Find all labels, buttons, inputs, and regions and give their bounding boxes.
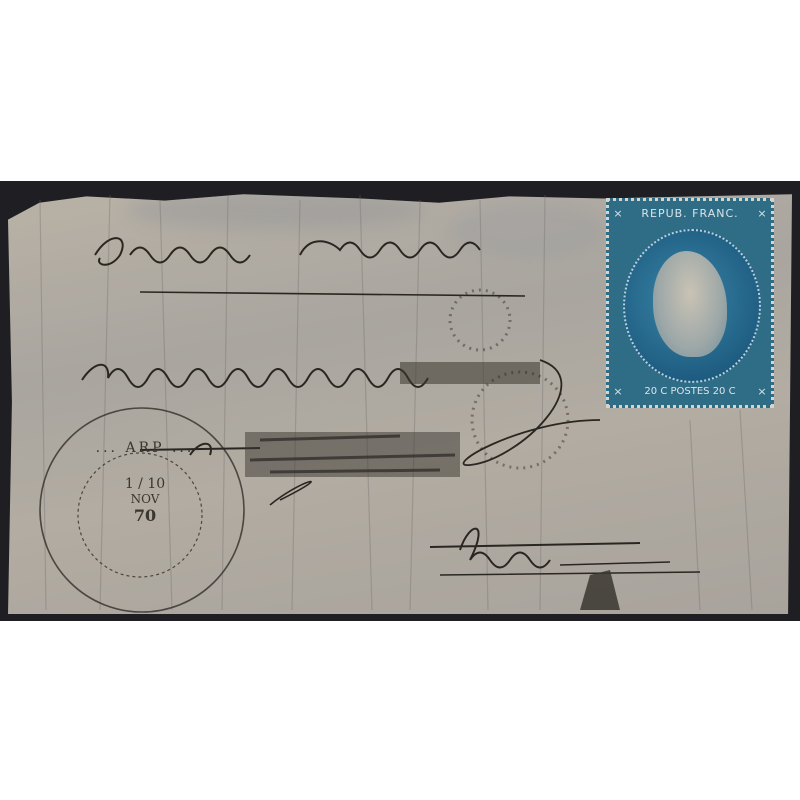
paper-stain — [448, 200, 608, 260]
stamp-bottom-text: 20 C POSTES 20 C — [625, 383, 755, 401]
stamp-corner-icon: × — [755, 385, 769, 399]
stamp-corner-icon: × — [755, 207, 769, 221]
stamp-corner-icon: × — [611, 385, 625, 399]
stamp-medallion — [623, 229, 761, 383]
postmark-text: ... ARP ... 1 / 10 NOV 70 — [70, 440, 220, 525]
stamp-corner-icon: × — [611, 207, 625, 221]
postmark-date: 1 / 10 — [70, 476, 220, 492]
postmark-ring-text: ... ARP ... — [70, 440, 220, 456]
stamp-top-text: REPUB. FRANC. — [625, 205, 755, 223]
postmark-month: NOV — [70, 492, 220, 506]
postage-stamp: × × × × REPUB. FRANC. 20 C POSTES 20 C — [606, 198, 774, 408]
postmark-year: 70 — [70, 506, 220, 525]
ceres-head-icon — [653, 251, 727, 357]
